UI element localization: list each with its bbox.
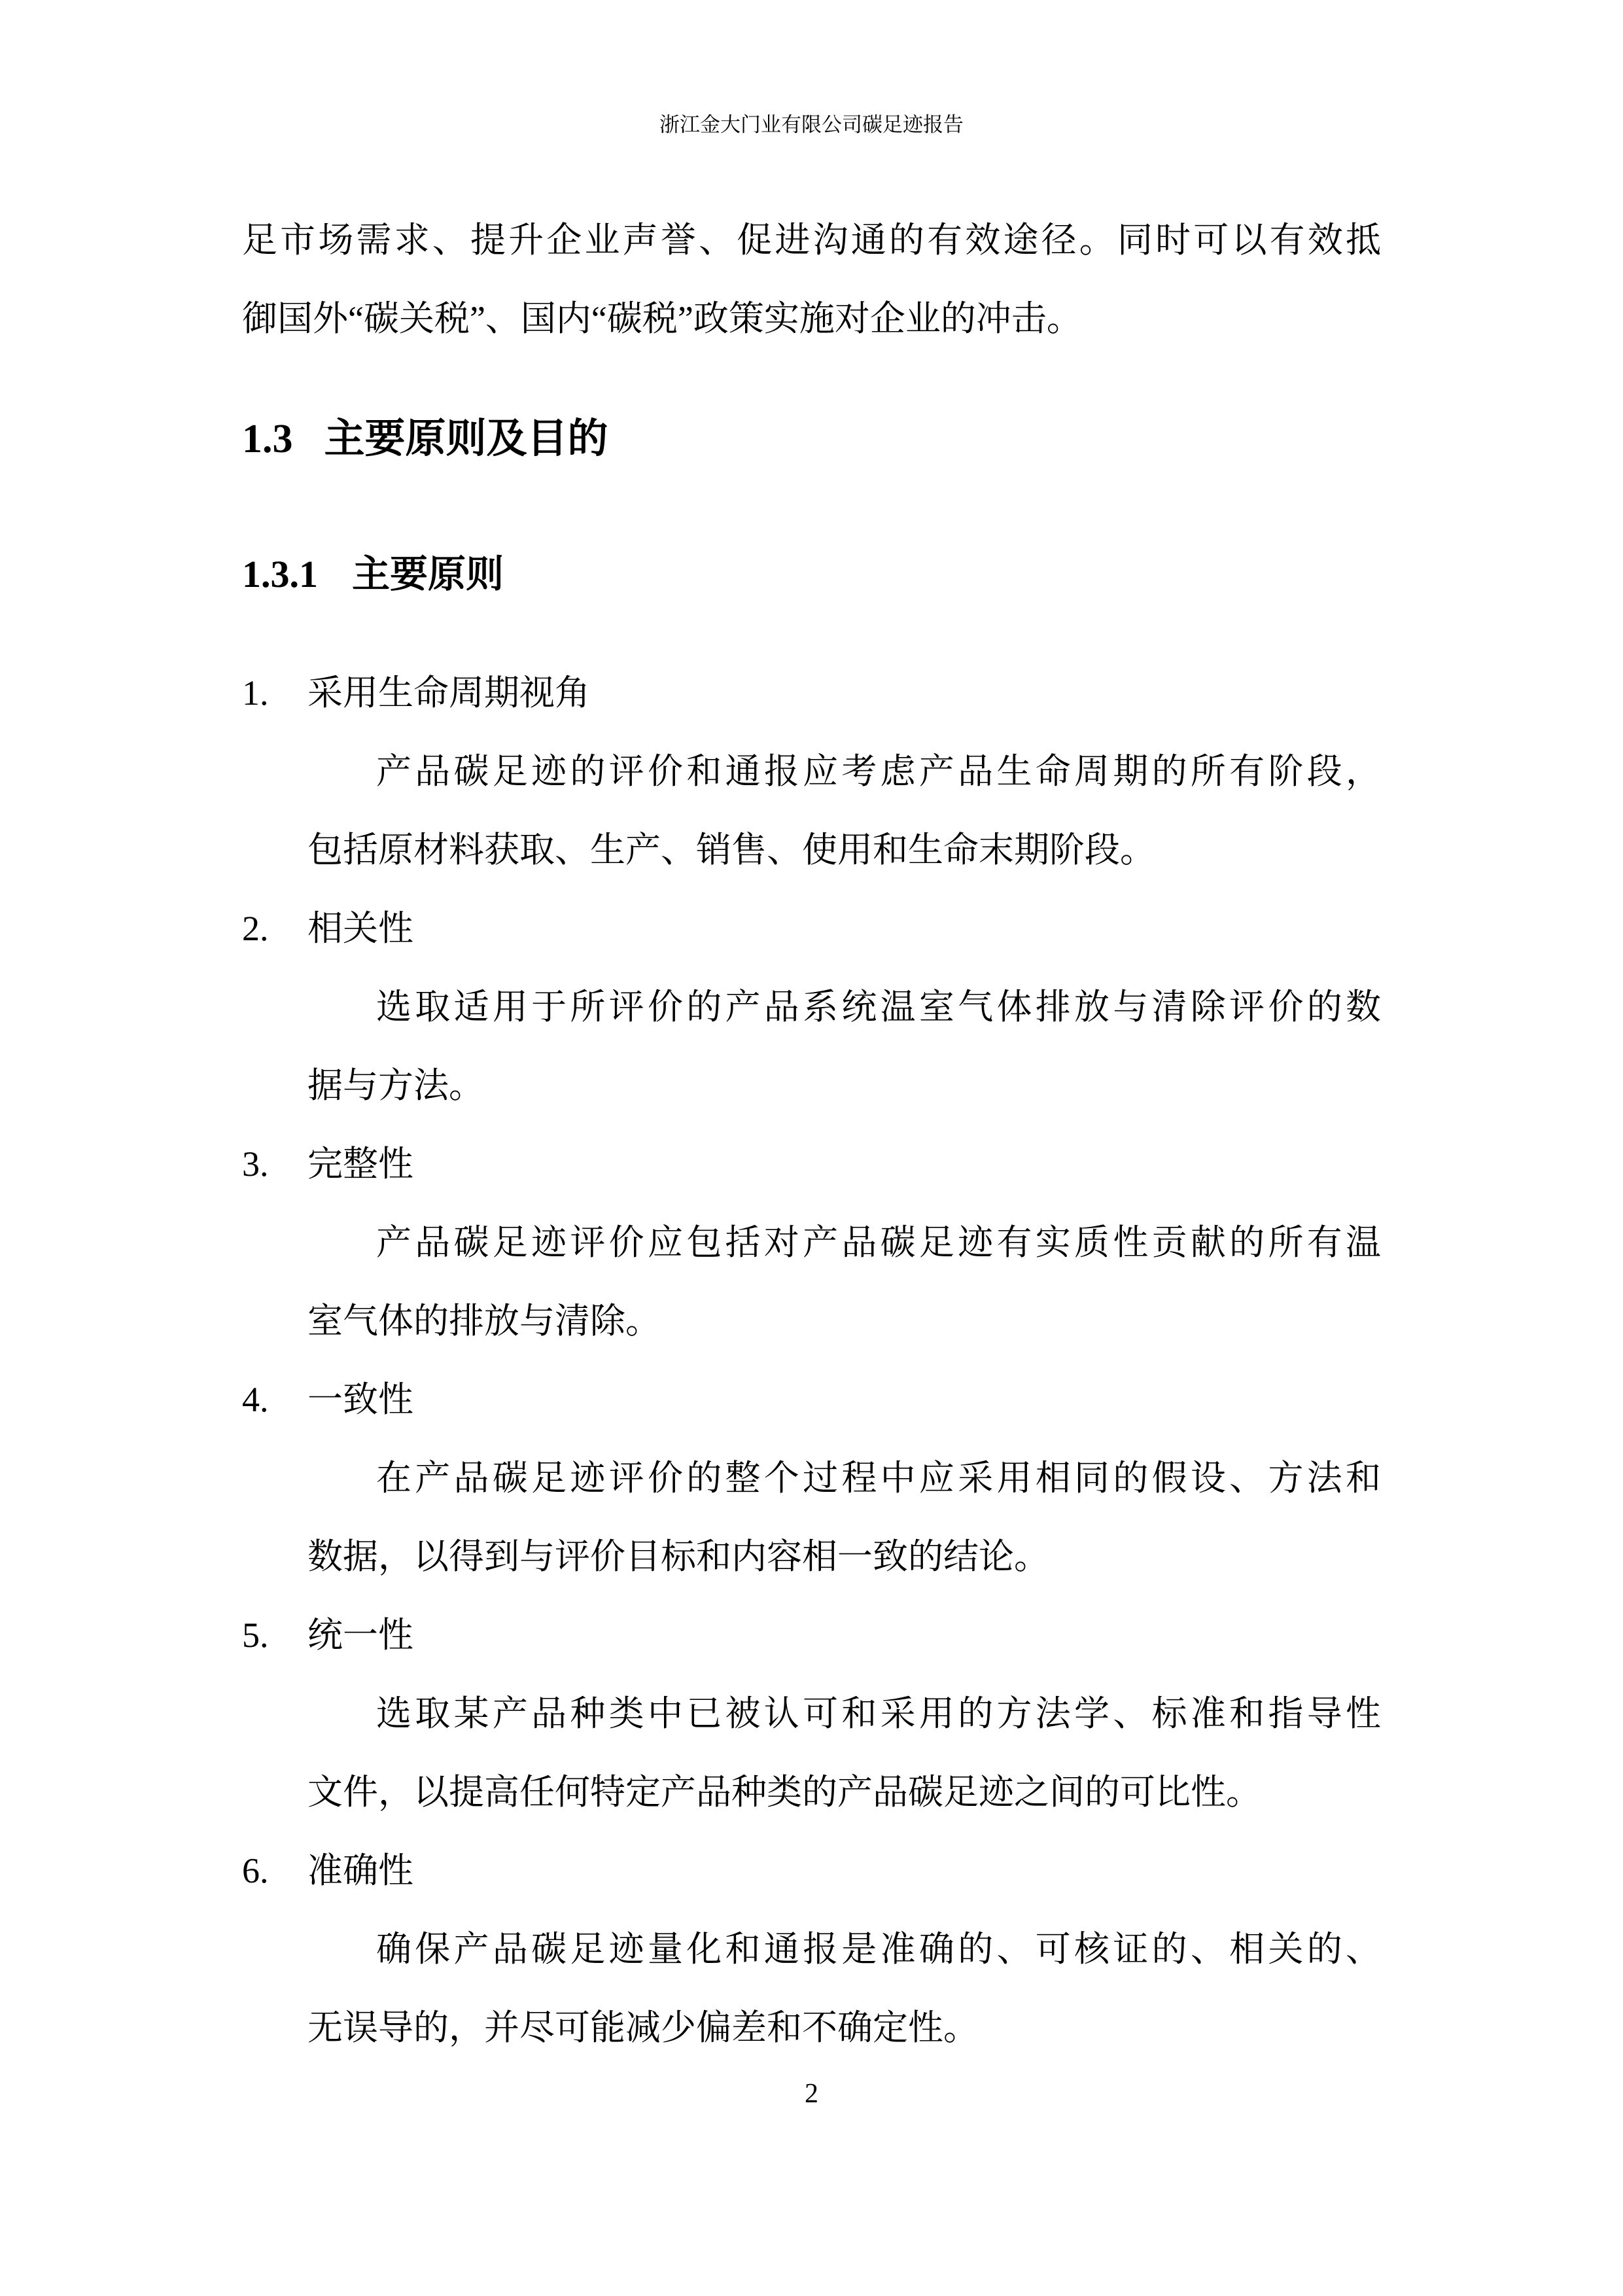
list-item-title: 准确性 bbox=[307, 1851, 413, 1890]
intro-line-2: 御国外“碳关税”、国内“碳税”政策实施对企业的冲击。 bbox=[242, 279, 1381, 358]
list-item-heading: 4.一致性 bbox=[242, 1360, 1381, 1439]
list-item-body-line-1: 产品碳足迹评价应包括对产品碳足迹有实质性贡献的所有温 bbox=[307, 1203, 1381, 1282]
section-title: 主要原则及目的 bbox=[324, 417, 608, 461]
list-item-number: 4. bbox=[242, 1360, 307, 1439]
list-item-number: 2. bbox=[242, 889, 307, 968]
list-item-title: 相关性 bbox=[307, 909, 413, 948]
list-item: 6.准确性 确保产品碳足迹量化和通报是准确的、可核证的、相关的、 无误导的，并尽… bbox=[242, 1831, 1381, 2067]
list-item-body-line-1: 产品碳足迹的评价和通报应考虑产品生命周期的所有阶段， bbox=[307, 732, 1381, 811]
list-item: 2.相关性 选取适用于所评价的产品系统温室气体排放与清除评价的数 据与方法。 bbox=[242, 889, 1381, 1125]
list-item-body-line-1: 在产品碳足迹评价的整个过程中应采用相同的假设、方法和 bbox=[307, 1439, 1381, 1517]
page-number: 2 bbox=[242, 2079, 1381, 2109]
list-item-number: 5. bbox=[242, 1596, 307, 1674]
list-item-number: 6. bbox=[242, 1831, 307, 1910]
list-item-title: 统一性 bbox=[307, 1616, 413, 1655]
list-item-body-line-2: 包括原材料获取、生产、销售、使用和生命末期阶段。 bbox=[307, 811, 1381, 889]
subsection-title: 主要原则 bbox=[352, 553, 504, 595]
list-item: 1.采用生命周期视角 产品碳足迹的评价和通报应考虑产品生命周期的所有阶段， 包括… bbox=[242, 654, 1381, 889]
list-item-number: 1. bbox=[242, 654, 307, 732]
list-item-body-line-2: 据与方法。 bbox=[307, 1046, 1381, 1125]
list-item-body-line-2: 数据，以得到与评价目标和内容相一致的结论。 bbox=[307, 1517, 1381, 1596]
list-item-heading: 3.完整性 bbox=[242, 1125, 1381, 1203]
list-item-body-line-2: 室气体的排放与清除。 bbox=[307, 1282, 1381, 1360]
subsection-number: 1.3.1 bbox=[242, 553, 318, 595]
list-item-body-line-2: 无误导的，并尽可能减少偏差和不确定性。 bbox=[307, 1988, 1381, 2067]
list-item-title: 一致性 bbox=[307, 1380, 413, 1419]
list-item: 3.完整性 产品碳足迹评价应包括对产品碳足迹有实质性贡献的所有温 室气体的排放与… bbox=[242, 1125, 1381, 1360]
list-item-title: 采用生命周期视角 bbox=[307, 673, 590, 713]
list-item-heading: 1.采用生命周期视角 bbox=[242, 654, 1381, 732]
list-item-heading: 5.统一性 bbox=[242, 1596, 1381, 1674]
intro-paragraph: 足市场需求、提升企业声誉、促进沟通的有效途径。同时可以有效抵 御国外“碳关税”、… bbox=[242, 201, 1381, 358]
list-item-body-line-1: 选取适用于所评价的产品系统温室气体排放与清除评价的数 bbox=[307, 968, 1381, 1046]
intro-line-1: 足市场需求、提升企业声誉、促进沟通的有效途径。同时可以有效抵 bbox=[242, 201, 1381, 279]
list-item-heading: 6.准确性 bbox=[242, 1831, 1381, 1910]
section-number: 1.3 bbox=[242, 417, 293, 461]
list-item-body-line-1: 确保产品碳足迹量化和通报是准确的、可核证的、相关的、 bbox=[307, 1910, 1381, 1988]
section-heading-1-3: 1.3主要原则及目的 bbox=[242, 415, 1381, 463]
document-page: 浙江金大门业有限公司碳足迹报告 足市场需求、提升企业声誉、促进沟通的有效途径。同… bbox=[0, 0, 1623, 2296]
list-item-heading: 2.相关性 bbox=[242, 889, 1381, 968]
list-item-title: 完整性 bbox=[307, 1144, 413, 1184]
principles-list: 1.采用生命周期视角 产品碳足迹的评价和通报应考虑产品生命周期的所有阶段， 包括… bbox=[242, 654, 1381, 2067]
list-item: 5.统一性 选取某产品种类中已被认可和采用的方法学、标准和指导性 文件，以提高任… bbox=[242, 1596, 1381, 1831]
page-header-title: 浙江金大门业有限公司碳足迹报告 bbox=[242, 111, 1381, 139]
list-item-body-line-1: 选取某产品种类中已被认可和采用的方法学、标准和指导性 bbox=[307, 1674, 1381, 1753]
list-item: 4.一致性 在产品碳足迹评价的整个过程中应采用相同的假设、方法和 数据，以得到与… bbox=[242, 1360, 1381, 1596]
list-item-body-line-2: 文件，以提高任何特定产品种类的产品碳足迹之间的可比性。 bbox=[307, 1753, 1381, 1831]
subsection-heading-1-3-1: 1.3.1主要原则 bbox=[242, 554, 1381, 595]
list-item-number: 3. bbox=[242, 1125, 307, 1203]
